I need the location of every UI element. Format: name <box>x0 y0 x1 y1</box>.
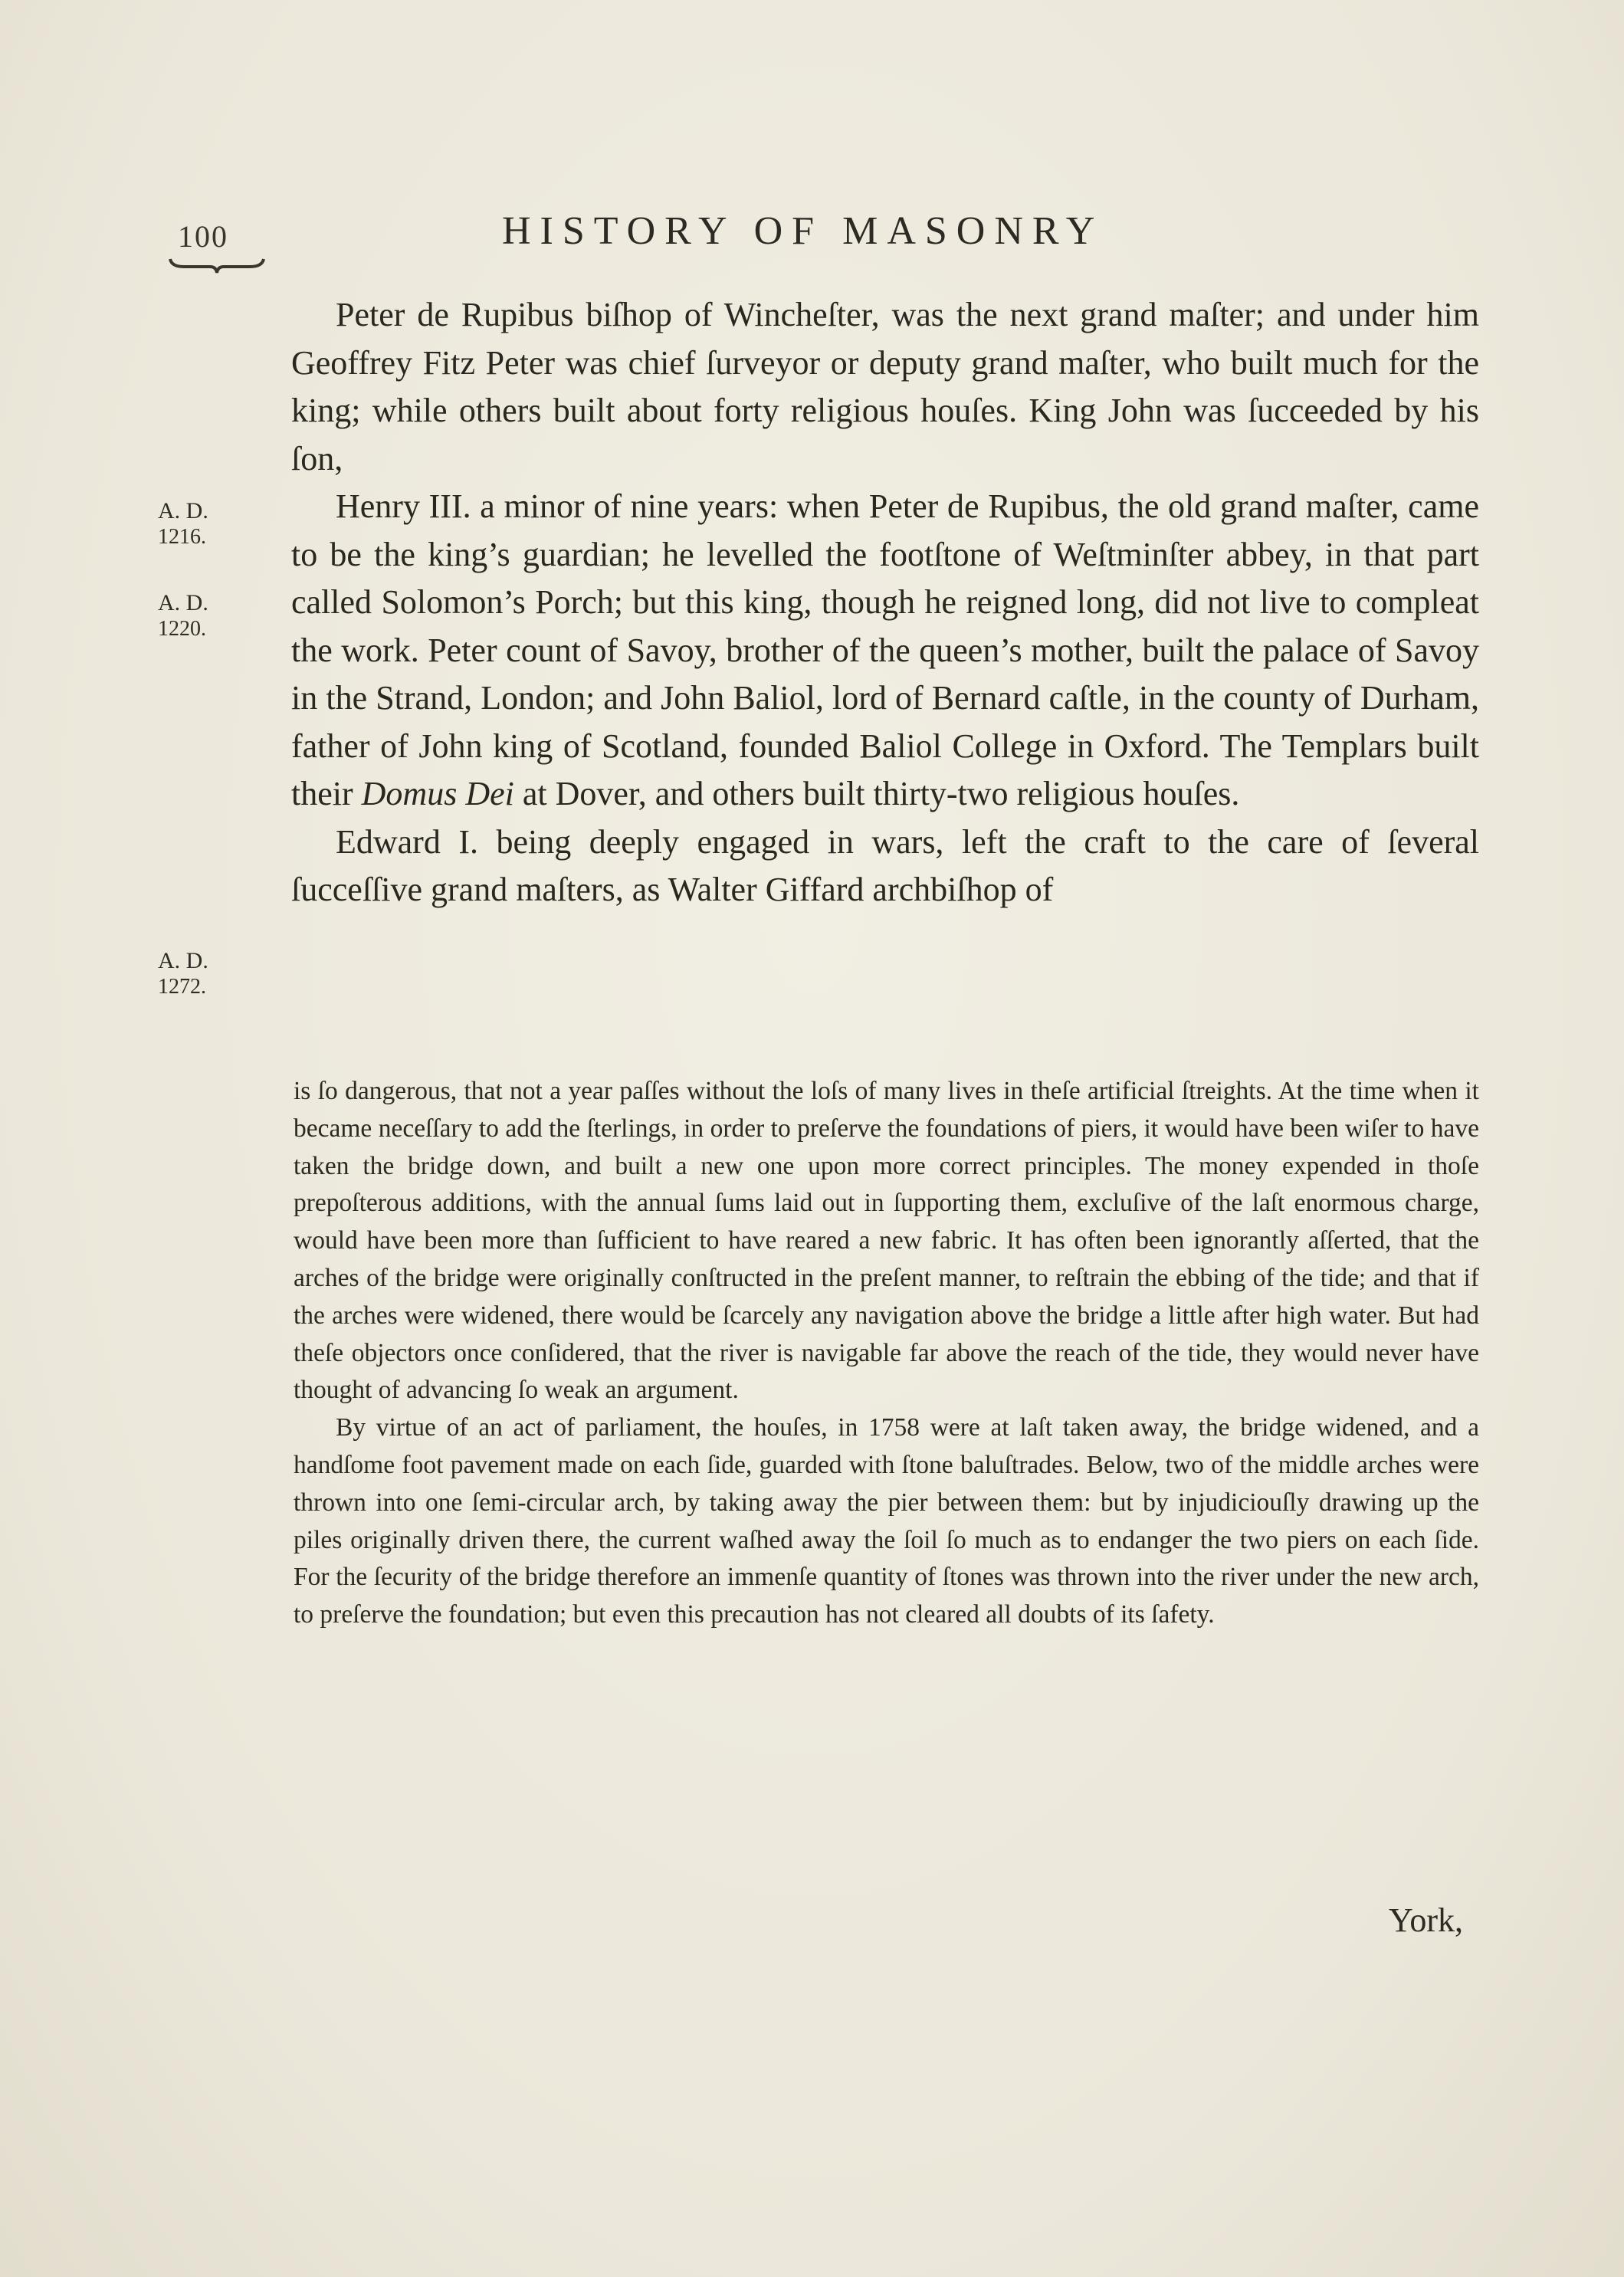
margin-note-1272: A. D. 1272. <box>158 948 208 1000</box>
margin-note-1220: A. D. 1220. <box>158 590 208 642</box>
running-head: HISTORY OF MASONRY <box>502 208 1104 254</box>
page-number: 100 <box>178 218 228 254</box>
paragraph-edward-i: Edward I. being deeply engaged in wars, … <box>291 819 1479 914</box>
footnote-paragraph-2: By virtue of an act of parliament, the h… <box>294 1409 1479 1634</box>
footnote-paragraph-1: is ſo dangerous, that not a year paſſes … <box>294 1073 1479 1409</box>
brace-ornament-icon <box>169 256 265 274</box>
paragraph-peter-de-rupibus: Peter de Rupibus biſhop of Wincheſter, w… <box>291 291 1479 483</box>
margin-note-1216: A. D. 1216. <box>158 498 208 550</box>
catchword: York, <box>1389 1901 1463 1940</box>
paragraph-henry-iii: Henry III. a minor of nine years: when P… <box>291 483 1479 819</box>
footnote: is ſo dangerous, that not a year paſſes … <box>294 1073 1479 1634</box>
italic-domus-dei: Domus Dei <box>362 775 514 812</box>
main-text: Peter de Rupibus biſhop of Wincheſter, w… <box>291 291 1479 914</box>
